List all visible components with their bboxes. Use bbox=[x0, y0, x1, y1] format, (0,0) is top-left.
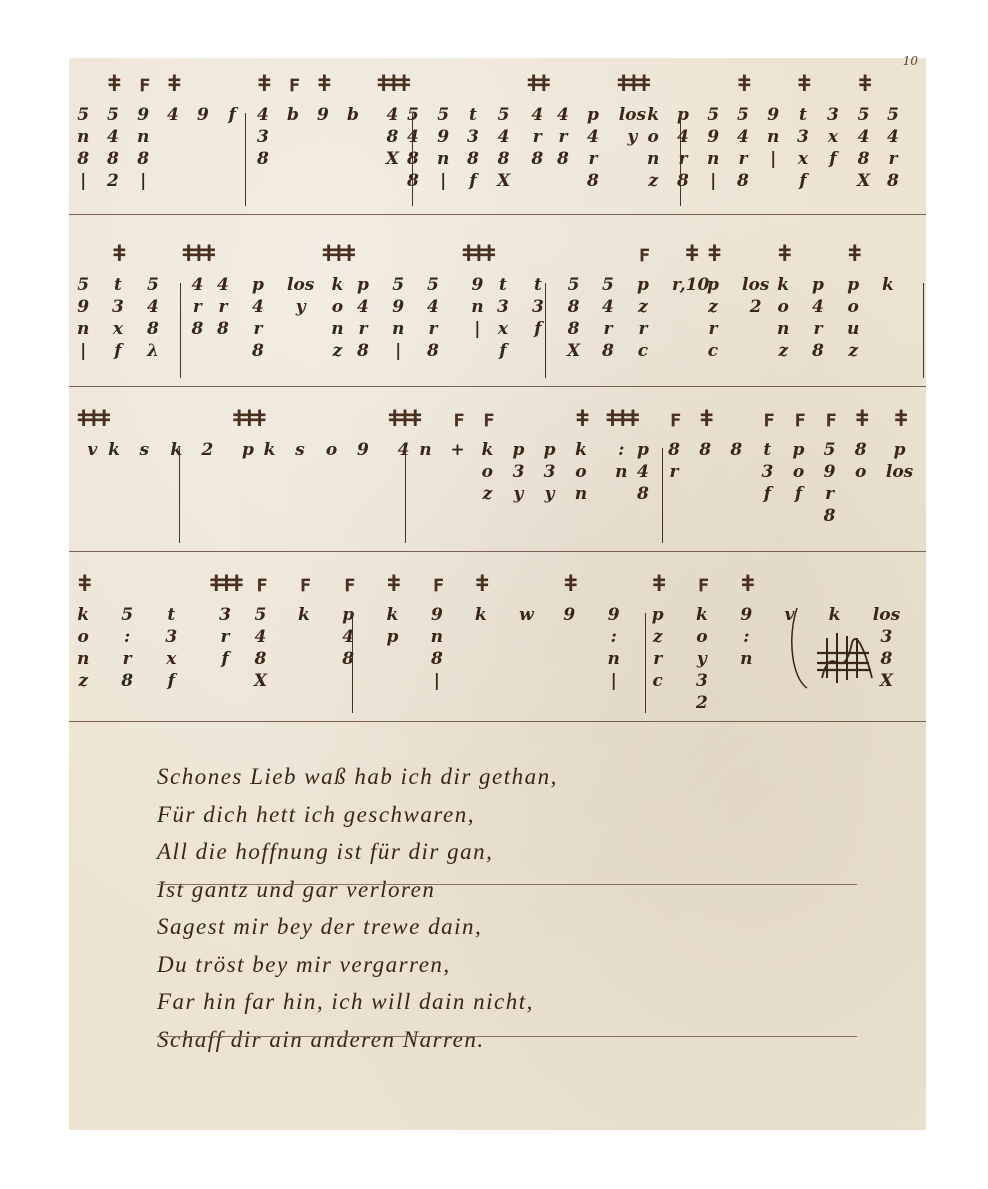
tablature-letter: r bbox=[221, 626, 230, 648]
rhythm-sign: ǂ bbox=[653, 572, 663, 598]
tablature-column: ǂkonz bbox=[777, 242, 789, 362]
tablature-letter: 8 bbox=[677, 170, 689, 192]
rhythm-sign: ǂ bbox=[798, 72, 808, 98]
tablature-column: 59n| bbox=[392, 242, 404, 362]
tablature-column: p4r8 bbox=[677, 72, 689, 192]
rhythm-sign: ꜰ bbox=[454, 407, 462, 433]
tablature-letter: 8 bbox=[881, 648, 893, 670]
rhythm-sign bbox=[139, 407, 149, 433]
tablature-column: ǂkon bbox=[575, 407, 587, 505]
tablature-letter: 5 bbox=[407, 104, 419, 126]
tablature-letter: z bbox=[333, 340, 343, 362]
tablature-letter: s bbox=[295, 439, 305, 461]
tablature-letter: 4 bbox=[407, 126, 419, 148]
rhythm-sign bbox=[296, 242, 306, 268]
tablature-letter: o bbox=[648, 126, 659, 148]
rhythm-sign bbox=[218, 242, 228, 268]
tablature-letter: 9 bbox=[471, 274, 483, 296]
tablature-letter: X bbox=[497, 170, 510, 192]
tablature-letter: 4 bbox=[557, 104, 569, 126]
barline bbox=[352, 613, 353, 713]
rhythm-sign: ǂ bbox=[318, 72, 328, 98]
tablature-letter: 8 bbox=[255, 648, 267, 670]
rhythm-sign bbox=[603, 242, 613, 268]
tablature-column: ǂr,10 bbox=[672, 242, 709, 296]
rhythm-sign bbox=[227, 72, 237, 98]
rhythm-sign bbox=[408, 72, 418, 98]
tablature-letter: 3 bbox=[513, 461, 525, 483]
rhythm-sign bbox=[784, 572, 794, 598]
tablature-letter: 3 bbox=[532, 296, 544, 318]
tablature-letter: t bbox=[499, 274, 507, 296]
tablature-column: f bbox=[227, 72, 237, 126]
tablature-letter: x bbox=[113, 318, 123, 340]
barline bbox=[412, 113, 413, 206]
lyric-line-1: Schones Lieb waß hab ich dir gethan, bbox=[157, 758, 857, 796]
rhythm-sign bbox=[166, 572, 176, 598]
tablature-column: konz bbox=[647, 72, 659, 192]
rhythm-sign: ǂǂ bbox=[527, 72, 548, 98]
manuscript-page: 10 5n8|ǂ5482ꜰ9n8|ǂ4 9 fǂ438ꜰbǂ9 bǂǂǂ48X … bbox=[69, 58, 926, 1130]
tablature-letter: 5 bbox=[568, 274, 580, 296]
tablature-letter: 4 bbox=[887, 126, 899, 148]
tablature-letter: 8 bbox=[407, 148, 419, 170]
tablature-letter: 5 bbox=[887, 104, 899, 126]
tablature-letter: 3 bbox=[219, 604, 231, 626]
tablature-letter: 8 bbox=[257, 148, 269, 170]
tablature-letter: p bbox=[812, 274, 824, 296]
tablature-column: 54r8 bbox=[602, 242, 614, 362]
tablature-column: ǂ54r8 bbox=[737, 72, 749, 192]
rhythm-sign: ꜰ bbox=[795, 407, 803, 433]
tablature-letter: p bbox=[894, 439, 906, 461]
rhythm-sign bbox=[609, 572, 619, 598]
tablature-letter: 4 bbox=[255, 626, 267, 648]
tablature-letter: 4 bbox=[357, 296, 369, 318]
tablature-column: ǂǂǂv bbox=[77, 407, 108, 461]
tablature-column: ǂpouz bbox=[847, 242, 859, 362]
rhythm-sign bbox=[731, 407, 741, 433]
rhythm-sign: ꜰ bbox=[826, 407, 834, 433]
tablature-letter: 5 bbox=[707, 104, 719, 126]
tablature-column: b bbox=[347, 72, 359, 126]
rhythm-sign bbox=[678, 72, 688, 98]
tablature-column: ǂ548X bbox=[857, 72, 870, 192]
tablature-column: ǂǂǂ48X bbox=[377, 72, 408, 170]
tablature-letter: 3 bbox=[696, 670, 708, 692]
tablature-letter: f bbox=[499, 340, 506, 362]
lyric-line-8: Schaff dir ain anderen Narren. bbox=[157, 1021, 857, 1059]
tablature-letter: r bbox=[428, 318, 437, 340]
tablature-letter: r bbox=[653, 648, 662, 670]
tablature-letter: z bbox=[708, 296, 718, 318]
tablature-letter: X bbox=[386, 148, 399, 170]
tablature-letter: x bbox=[166, 648, 176, 670]
tablature-letter: 8 bbox=[467, 148, 479, 170]
tablature-column: ǂt3xf bbox=[112, 242, 124, 362]
rhythm-sign bbox=[109, 407, 119, 433]
tablature-letter: 4 bbox=[531, 104, 543, 126]
tablature-letter: r bbox=[638, 318, 647, 340]
tablature-column: k bbox=[264, 407, 276, 461]
tablature-letter: p bbox=[544, 439, 556, 461]
tablature-letter: n bbox=[608, 648, 620, 670]
rhythm-sign bbox=[468, 72, 478, 98]
tablature-letter: | bbox=[395, 340, 401, 362]
tablature-column: ǂpzrc bbox=[707, 242, 719, 362]
tablature-letter: 4 bbox=[107, 126, 119, 148]
tablature-column: p4r8 bbox=[587, 72, 599, 192]
tablature-letter: f bbox=[228, 104, 235, 126]
tablature-column: ǂkp bbox=[386, 572, 398, 648]
tablature-letter: 8 bbox=[531, 148, 543, 170]
barline bbox=[179, 448, 180, 543]
rhythm-sign: ǂǂǂ bbox=[322, 242, 353, 268]
tablature-letter: z bbox=[653, 626, 663, 648]
tablature-system-1: 5n8|ǂ5482ꜰ9n8|ǂ4 9 fǂ438ꜰbǂ9 bǂǂǂ48X 548… bbox=[69, 58, 926, 216]
tablature-letter: s bbox=[140, 439, 150, 461]
tablature-column: 3xf bbox=[827, 72, 839, 170]
tablature-letter: y bbox=[296, 296, 306, 318]
tablature-letter: 4 bbox=[252, 296, 264, 318]
tablature-letter: t bbox=[469, 104, 477, 126]
tablature-letter: o bbox=[848, 296, 859, 318]
tablature-letter: 4 bbox=[427, 296, 439, 318]
rhythm-sign: ǂǂǂ bbox=[233, 407, 264, 433]
rhythm-sign bbox=[420, 407, 430, 433]
rhythm-sign: ꜰ bbox=[639, 242, 647, 268]
rhythm-sign: ꜰ bbox=[344, 572, 352, 598]
tablature-letter: 8 bbox=[147, 318, 159, 340]
tablature-letter: 9 bbox=[357, 439, 369, 461]
tablature-letter: p bbox=[652, 604, 664, 626]
tablature-column: ǂǂ4r8 bbox=[527, 72, 548, 170]
tablature-letter: 8 bbox=[812, 340, 824, 362]
tablature-letter: 9 bbox=[740, 604, 752, 626]
rhythm-sign: ǂ bbox=[856, 407, 866, 433]
tablature-letter: 8 bbox=[252, 340, 264, 362]
rhythm-sign bbox=[358, 242, 368, 268]
tablature-letter: n bbox=[419, 439, 431, 461]
lyric-line-5: Sagest mir bey der trewe dain, bbox=[157, 908, 857, 946]
rhythm-sign: ǂ bbox=[700, 407, 710, 433]
system-rule bbox=[69, 551, 926, 552]
tablature-letter: 8 bbox=[217, 318, 229, 340]
tablature-letter: | bbox=[440, 170, 446, 192]
tablature-letter: | bbox=[474, 318, 480, 340]
tablature-letter: 4 bbox=[858, 126, 870, 148]
rhythm-sign: ǂ bbox=[564, 572, 574, 598]
tablature-letter: f bbox=[534, 318, 541, 340]
tablature-letter: 4 bbox=[191, 274, 203, 296]
tablature-letter: 4 bbox=[257, 104, 269, 126]
rhythm-sign: ǂ bbox=[708, 242, 718, 268]
tablature-column: 8 bbox=[730, 407, 742, 461]
tablature-column: 4r8 bbox=[217, 242, 229, 340]
tablature-column: ꜰb bbox=[287, 72, 299, 126]
tablature-letter: 5 bbox=[602, 274, 614, 296]
rhythm-sign: ꜰ bbox=[698, 572, 706, 598]
system-rule bbox=[69, 386, 926, 387]
tablature-letter: 9 bbox=[197, 104, 209, 126]
tablature-letter: 4 bbox=[602, 296, 614, 318]
tablature-letter: y bbox=[545, 483, 555, 505]
rhythm-sign: ǂ bbox=[858, 72, 868, 98]
rhythm-sign bbox=[498, 72, 508, 98]
rhythm-sign bbox=[198, 72, 208, 98]
rhythm-sign: ǂ bbox=[387, 572, 397, 598]
tablature-column: 59n| bbox=[437, 72, 449, 192]
tablature-column: 4r8 bbox=[557, 72, 569, 170]
rhythm-sign: ǂǂǂ bbox=[606, 407, 637, 433]
tablature-letter: : bbox=[124, 626, 130, 648]
tablature-column: p4r8 bbox=[252, 242, 264, 362]
tablature-column: 548λ bbox=[147, 242, 159, 362]
tablature-letter: z bbox=[638, 296, 648, 318]
rhythm-sign bbox=[78, 72, 88, 98]
tablature-column: ǂt3xf bbox=[797, 72, 809, 192]
tablature-letter: 5 bbox=[77, 274, 89, 296]
tablature-letter: 4 bbox=[217, 274, 229, 296]
tablature-column: p4r8 bbox=[357, 242, 369, 362]
tablature-letter: X bbox=[857, 170, 870, 192]
tablature-letter: p bbox=[677, 104, 689, 126]
tablature-letter: 5 bbox=[737, 104, 749, 126]
tablature-letter: 4 bbox=[812, 296, 824, 318]
tablature-letter: 4 bbox=[147, 296, 159, 318]
tablature-column: t3f bbox=[532, 242, 544, 340]
rhythm-sign bbox=[171, 407, 181, 433]
rhythm-sign: ǂ bbox=[778, 242, 788, 268]
tablature-letter: u bbox=[847, 318, 859, 340]
tablature-letter: c bbox=[708, 340, 718, 362]
tablature-letter: X bbox=[254, 670, 267, 692]
rhythm-sign: ǂǂǂ bbox=[77, 407, 108, 433]
tablature-column: w bbox=[519, 572, 534, 626]
tablature-letter: 8 bbox=[699, 439, 711, 461]
tablature-column: 5:r8 bbox=[121, 572, 133, 692]
tablature-letter: 8 bbox=[737, 170, 749, 192]
tablature-letter: x bbox=[828, 126, 838, 148]
tablature-letter: c bbox=[653, 670, 663, 692]
tablature-letter: | bbox=[80, 340, 86, 362]
tablature-letter: | bbox=[710, 170, 716, 192]
tablature-letter: x bbox=[798, 148, 808, 170]
tablature-column: ǂǂǂ:n bbox=[606, 407, 637, 483]
tablature-letter: 5 bbox=[147, 274, 159, 296]
tablature-letter: n bbox=[615, 461, 627, 483]
rhythm-sign: ǂ bbox=[476, 572, 486, 598]
tablature-letter: k bbox=[387, 604, 399, 626]
tablature-column: ꜰ8r bbox=[668, 407, 680, 483]
tablature-letter: λ bbox=[147, 340, 159, 362]
tablature-letter: p bbox=[587, 104, 599, 126]
tablature-letter: p bbox=[637, 439, 649, 461]
rhythm-sign: ǂǂǂ bbox=[210, 572, 241, 598]
tablature-letter: 5 bbox=[392, 274, 404, 296]
tablature-letter: 2 bbox=[107, 170, 119, 192]
tablature-letter: 4 bbox=[386, 104, 398, 126]
system-rule bbox=[69, 214, 926, 215]
tablature-letter: y bbox=[627, 126, 637, 148]
rhythm-sign: ꜰ bbox=[433, 572, 441, 598]
tablature-letter: p bbox=[357, 274, 369, 296]
rhythm-sign: ꜰ bbox=[670, 407, 678, 433]
tablature-letter: 3 bbox=[497, 296, 509, 318]
tablature-column: los2 bbox=[742, 242, 769, 318]
tablature-letter: 4 bbox=[398, 439, 410, 461]
barline bbox=[680, 113, 681, 206]
tablature-letter: los bbox=[287, 274, 314, 296]
rhythm-sign: ǂ bbox=[576, 407, 586, 433]
tablature-letter: 9 bbox=[437, 126, 449, 148]
rhythm-sign bbox=[253, 242, 263, 268]
tablature-letter: 3 bbox=[165, 626, 177, 648]
tablature-letter: t bbox=[799, 104, 807, 126]
tablature-column: 548X bbox=[497, 72, 510, 192]
rhythm-sign: ꜰ bbox=[289, 72, 297, 98]
tablature-letter: 5 bbox=[107, 104, 119, 126]
tablature-letter: p bbox=[637, 274, 649, 296]
tablature-letter: p bbox=[707, 274, 719, 296]
tablature-column: t38f bbox=[467, 72, 479, 192]
tablature-column: ǂ8 bbox=[699, 407, 711, 461]
rhythm-sign: ǂ bbox=[258, 72, 268, 98]
tablature-letter: r bbox=[558, 126, 567, 148]
rhythm-sign bbox=[348, 72, 358, 98]
page-rule bbox=[157, 1036, 857, 1037]
tablature-letter: k bbox=[575, 439, 587, 461]
tablature-column: ǂ9:n bbox=[740, 572, 752, 670]
tablature-letter: t bbox=[114, 274, 122, 296]
tablature-letter: 9 bbox=[767, 104, 779, 126]
tablature-column: 59n| bbox=[77, 242, 89, 362]
tablature-letter: y bbox=[697, 648, 707, 670]
tablature-column: ꜰt3f bbox=[761, 407, 773, 505]
tablature-letter: 3 bbox=[544, 461, 556, 483]
tablature-letter: | bbox=[770, 148, 776, 170]
tablature-letter: k bbox=[481, 439, 493, 461]
tablature-letter: 2 bbox=[201, 439, 213, 461]
barline bbox=[405, 448, 406, 543]
tablature-letter: n bbox=[707, 148, 719, 170]
tablature-letter: 8 bbox=[887, 170, 899, 192]
tablature-column: ǂ9 bbox=[317, 72, 329, 126]
tablature-letter: f bbox=[795, 483, 802, 505]
tablature-letter: 8 bbox=[77, 148, 89, 170]
tablature-letter: n bbox=[767, 126, 779, 148]
tablature-column: ǂǂǂ9n| bbox=[462, 242, 493, 340]
rhythm-sign: ǂ bbox=[738, 72, 748, 98]
barline bbox=[923, 283, 924, 378]
tablature-letter: v bbox=[87, 439, 97, 461]
tablature-column: 9 bbox=[197, 72, 209, 126]
tablature-letter: 8 bbox=[137, 148, 149, 170]
tablature-column: p48 bbox=[637, 407, 649, 505]
tablature-letter: 8 bbox=[668, 439, 680, 461]
tablature-letter: p bbox=[847, 274, 859, 296]
rhythm-sign bbox=[533, 242, 543, 268]
lyric-line-2: Für dich hett ich geschwaren, bbox=[157, 796, 857, 834]
barline bbox=[545, 283, 546, 378]
rhythm-sign bbox=[513, 407, 523, 433]
tablature-letter: k bbox=[108, 439, 120, 461]
tablature-letter: 9 bbox=[77, 296, 89, 318]
tablature-letter: 4 bbox=[677, 126, 689, 148]
rhythm-sign bbox=[708, 72, 718, 98]
tablature-letter: 5 bbox=[255, 604, 267, 626]
tablature-letter: p bbox=[513, 439, 525, 461]
tablature-column: ǂplos bbox=[886, 407, 913, 483]
tablature-letter: 3 bbox=[827, 104, 839, 126]
rhythm-sign: ǂ bbox=[78, 572, 88, 598]
tablature-letter: k bbox=[170, 439, 182, 461]
tablature-letter: n bbox=[647, 148, 659, 170]
page-rule bbox=[157, 884, 857, 885]
tablature-letter: z bbox=[848, 340, 858, 362]
tablature-letter: n bbox=[740, 648, 752, 670]
tablature-letter: 8 bbox=[587, 170, 599, 192]
tablature-column: p4r8 bbox=[812, 242, 824, 362]
tablature-letter: 9 bbox=[137, 104, 149, 126]
tablature-letter: n bbox=[77, 126, 89, 148]
tablature-letter: r bbox=[218, 296, 227, 318]
tablature-letter: los bbox=[742, 274, 769, 296]
rhythm-sign bbox=[883, 242, 893, 268]
rhythm-sign: ǂǂǂ bbox=[182, 242, 213, 268]
tablature-column: k bbox=[108, 407, 120, 461]
tablature-column: ǂ9 bbox=[563, 572, 575, 626]
tablature-column: 9:n| bbox=[608, 572, 620, 692]
tablature-letter: c bbox=[638, 340, 648, 362]
tablature-letter: r bbox=[888, 148, 897, 170]
tablature-letter: f bbox=[221, 648, 228, 670]
tablature-letter: p bbox=[252, 274, 264, 296]
tablature-column: ǂk bbox=[475, 572, 487, 626]
tablature-letter: 8 bbox=[824, 505, 836, 527]
tablature-column: t3xf bbox=[497, 242, 509, 362]
rhythm-sign: ǂ bbox=[848, 242, 858, 268]
tablature-column: p3y bbox=[544, 407, 556, 505]
rhythm-sign bbox=[521, 572, 531, 598]
tablature-column: 54r8 bbox=[427, 242, 439, 362]
tablature-column: k bbox=[882, 242, 894, 296]
tablature-letter: o bbox=[793, 461, 804, 483]
tablature-column: ꜰk bbox=[298, 572, 310, 626]
tablature-letter: 8 bbox=[858, 148, 870, 170]
rhythm-sign bbox=[768, 72, 778, 98]
tablature-letter: 9 bbox=[431, 604, 443, 626]
rhythm-sign bbox=[393, 242, 403, 268]
tablature-letter: 8 bbox=[427, 340, 439, 362]
tablature-letter: r bbox=[588, 148, 597, 170]
rhythm-sign bbox=[438, 72, 448, 98]
tablature-column: 54r8 bbox=[887, 72, 899, 192]
rhythm-sign bbox=[326, 407, 336, 433]
tablature-column: ꜰ9n8| bbox=[137, 72, 149, 192]
tablature-letter: | bbox=[140, 170, 146, 192]
tablature-column: 9 bbox=[357, 407, 369, 461]
tablature-letter: x bbox=[498, 318, 508, 340]
tablature-letter: 8 bbox=[637, 483, 649, 505]
tablature-letter: 5 bbox=[824, 439, 836, 461]
rhythm-sign bbox=[358, 407, 368, 433]
final-flourish-ornament bbox=[787, 598, 877, 698]
tablature-column: ꜰpzrc bbox=[637, 242, 649, 362]
tablature-letter: n bbox=[77, 648, 89, 670]
tablature-letter: o bbox=[855, 461, 866, 483]
tablature-letter: r bbox=[825, 483, 834, 505]
